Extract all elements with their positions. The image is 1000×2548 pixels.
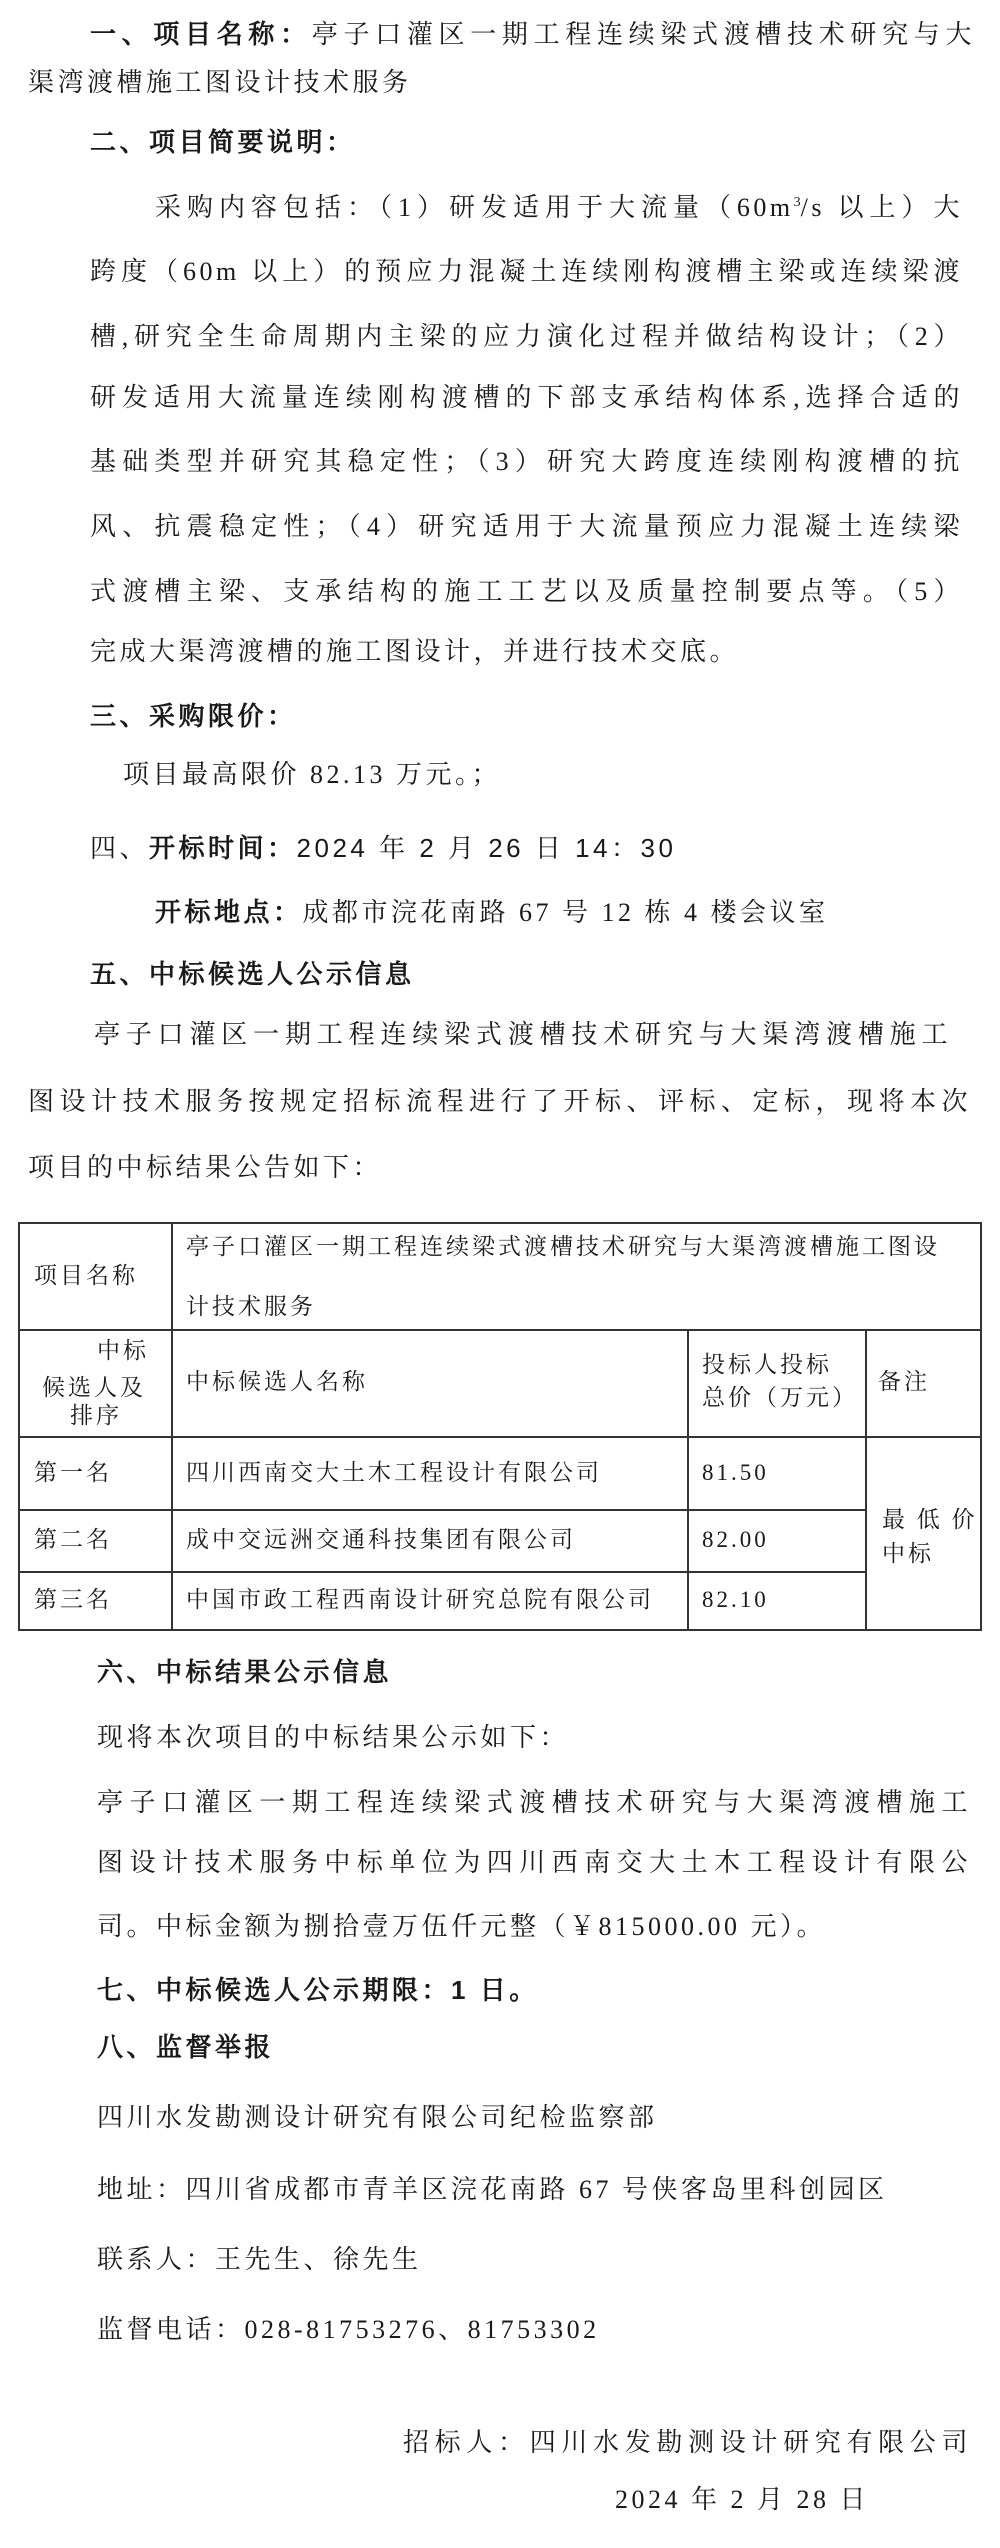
table-divider — [865, 1329, 867, 1629]
section2-line4: 研发适用大流量连续刚构渡槽的下部支承结构体系,选择合适的 — [90, 381, 963, 415]
opening-place-value: 成都市浣花南路 67 号 12 栋 4 楼会议室 — [303, 898, 829, 927]
table-divider — [20, 1329, 980, 1331]
section1-line2: 渠湾渡槽施工图设计技术服务 — [28, 66, 412, 100]
header-rank-line2: 候选人及 — [42, 1373, 146, 1403]
opening-time-label: 开标时间： — [149, 834, 297, 864]
superscript: 3 — [794, 195, 801, 210]
section2-line1: 采购内容包括：（1）研发适用于大流量（60m3/s 以上）大 — [155, 191, 963, 225]
header-rank-line3: 排序 — [70, 1401, 122, 1431]
opening-place-label: 开标地点： — [155, 898, 303, 928]
para-text: /s 以上）大 — [801, 193, 963, 222]
candidates-table: 项目名称 亭子口灌区一期工程连续梁式渡槽技术研究与大渠湾渡槽施工图设 计技术服务… — [18, 1222, 982, 1631]
publicity-period-value: 1 日。 — [451, 1975, 539, 2005]
section5-line3: 项目的中标结果公告如下： — [28, 1151, 382, 1185]
table-divider — [687, 1329, 689, 1629]
section5-line1: 亭子口灌区一期工程连续梁式渡槽技术研究与大渠湾渡槽施工 — [94, 1018, 951, 1052]
section6-line1: 现将本次项目的中标结果公示如下： — [97, 1721, 569, 1755]
row3-name: 中国市政工程西南设计研究总院有限公司 — [186, 1585, 654, 1615]
section2-line5: 基础类型并研究其稳定性；（3）研究大跨度连续刚构渡槽的抗 — [90, 445, 963, 479]
note-merged-line2: 中标 — [882, 1539, 934, 1569]
row1-name: 四川西南交大土木工程设计有限公司 — [186, 1458, 602, 1488]
supervision-address: 地址：四川省成都市青羊区浣花南路 67 号侠客岛里科创园区 — [97, 2173, 888, 2207]
note-merged-line1: 最 低 价 — [882, 1505, 978, 1535]
row3-price: 82.10 — [702, 1585, 769, 1615]
section7-heading: 七、中标候选人公示期限： — [97, 1976, 451, 2006]
section8-heading: 八、监督举报 — [97, 2031, 274, 2065]
section1-line1: 一、项目名称：亭子口灌区一期工程连续梁式渡槽技术研究与大 — [90, 18, 975, 52]
section4-prefix: 四、 — [90, 834, 149, 863]
announcement-date: 2024 年 2 月 28 日 — [615, 2483, 869, 2517]
table-divider — [20, 1571, 865, 1573]
row2-price: 82.00 — [702, 1525, 769, 1555]
para-text: 采购内容包括：（1）研发适用于大流量（60m — [155, 193, 794, 222]
project-name-text: 亭子口灌区一期工程连续梁式渡槽技术研究与大 — [312, 20, 975, 49]
row3-rank: 第三名 — [34, 1585, 112, 1615]
table-divider — [20, 1509, 865, 1511]
header-note: 备注 — [878, 1367, 930, 1397]
section3-heading: 三、采购限价： — [90, 700, 297, 734]
section4-time-line: 四、开标时间：2024 年 2 月 26 日 14：30 — [90, 831, 676, 865]
project-name-value-line2: 计技术服务 — [186, 1292, 316, 1322]
section5-heading: 五、中标候选人公示信息 — [90, 958, 415, 992]
header-price-line1: 投标人投标 — [702, 1350, 832, 1380]
section2-line8: 完成大渠湾渡槽的施工图设计，并进行技术交底。 — [90, 635, 739, 669]
supervision-dept: 四川水发勘测设计研究有限公司纪检监察部 — [97, 2101, 658, 2135]
tenderer-signature: 招标人：四川水发勘测设计研究有限公司 — [403, 2426, 971, 2460]
section2-line7: 式渡槽主梁、支承结构的施工工艺以及质量控制要点等。（5） — [90, 575, 963, 609]
table-divider — [171, 1224, 173, 1629]
section4-place-line: 开标地点：成都市浣花南路 67 号 12 栋 4 楼会议室 — [155, 896, 829, 930]
section2-line3: 槽,研究全生命周期内主梁的应力演化过程并做结构设计；（2） — [90, 320, 963, 354]
supervision-phone: 监督电话：028-81753276、81753302 — [97, 2313, 600, 2347]
section6-heading: 六、中标结果公示信息 — [97, 1656, 392, 1690]
row1-price: 81.50 — [702, 1458, 769, 1488]
section2-line6: 风、抗震稳定性；（4）研究适用于大流量预应力混凝土连续梁 — [90, 510, 963, 544]
project-name-label: 项目名称 — [34, 1261, 138, 1291]
header-price-line2: 总价（万元） — [702, 1383, 858, 1413]
section7-line: 七、中标候选人公示期限：1 日。 — [97, 1973, 539, 2007]
price-limit-text: 项目最高限价 82.13 万元。； — [123, 758, 501, 792]
section2-heading: 二、项目简要说明： — [90, 126, 356, 160]
section5-line2: 图设计技术服务按规定招标流程进行了开标、评标、定标，现将本次 — [28, 1085, 971, 1119]
section6-line4: 司。中标金额为捌拾壹万伍仟元整（￥815000.00 元）。 — [97, 1910, 826, 1944]
table-divider — [20, 1436, 980, 1438]
header-rank-line1: 中标 — [20, 1336, 149, 1366]
header-candidate-name: 中标候选人名称 — [186, 1367, 368, 1397]
section1-heading: 一、项目名称： — [90, 20, 312, 50]
supervision-contact: 联系人：王先生、徐先生 — [97, 2243, 422, 2277]
opening-time-value: 2024 年 2 月 26 日 14：30 — [297, 833, 677, 863]
row1-rank: 第一名 — [34, 1458, 112, 1488]
row2-name: 成中交远洲交通科技集团有限公司 — [186, 1525, 576, 1555]
project-name-value-line1: 亭子口灌区一期工程连续梁式渡槽技术研究与大渠湾渡槽施工图设 — [186, 1232, 940, 1262]
section6-line3: 图设计技术服务中标单位为四川西南交大土木工程设计有限公 — [97, 1846, 971, 1880]
section2-line2: 跨度（60m 以上）的预应力混凝土连续刚构渡槽主梁或连续梁渡 — [90, 255, 963, 289]
row2-rank: 第二名 — [34, 1525, 112, 1555]
section6-line2: 亭子口灌区一期工程连续梁式渡槽技术研究与大渠湾渡槽施工 — [97, 1786, 971, 1820]
